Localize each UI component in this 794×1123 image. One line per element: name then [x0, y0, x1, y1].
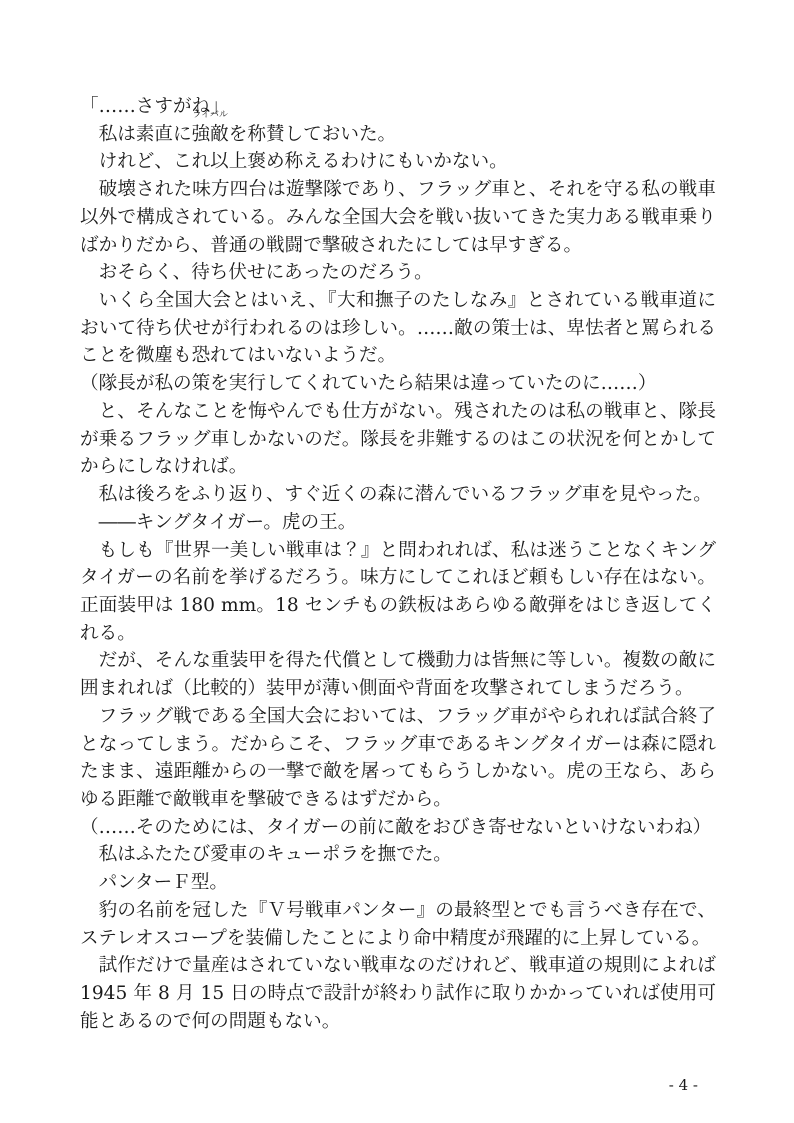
paragraph: パンターＦ型。	[80, 869, 716, 897]
paragraph: 私は後ろをふり返り、すぐ近くの森に潜んでいるフラッグ車を見やった。	[80, 481, 716, 509]
paragraph: いくら全国大会とはいえ、『大和撫子のたしなみ』とされている戦車道において待ち伏せ…	[80, 287, 716, 370]
page-number: - 4 -	[669, 1076, 698, 1094]
ruby-before-text: 私は素直に	[99, 124, 192, 145]
paragraph: だが、そんな重装甲を得た代償として機動力は皆無に等しい。複数の敵に囲まれれば（比…	[80, 647, 716, 702]
paragraph: もしも『世界一美しい戦車は？』と問われれば、私は迷うことなくキングタイガーの名前…	[80, 537, 716, 648]
ruby-after-text: を称賛しておいた。	[229, 124, 396, 145]
paragraph: けれど、これ以上褒め称えるわけにもいかない。	[80, 148, 716, 176]
paragraph: （……そのためには、タイガーの前に敵をおびき寄せないといけないわね）	[80, 814, 716, 842]
paragraph: と、そんなことを悔やんでも仕方がない。残されたのは私の戦車と、隊長が乗るフラッグ…	[80, 398, 716, 481]
furigana-text: ライバル	[192, 111, 228, 120]
paragraph: 破壊された味方四台は遊撃隊であり、フラッグ車と、それを守る私の戦車以外で構成され…	[80, 176, 716, 259]
paragraph: （隊長が私の策を実行してくれていたら結果は違っていたのに……）	[80, 370, 716, 398]
paragraph: ――キングタイガー。虎の王。	[80, 509, 716, 537]
paragraph: 「……さすがね」	[80, 93, 716, 121]
paragraph: おそらく、待ち伏せにあったのだろう。	[80, 259, 716, 287]
ruby-annotation: ライバル強敵	[192, 121, 229, 149]
ruby-base-text: 強敵	[192, 124, 229, 145]
paragraph: 私は素直にライバル強敵を称賛しておいた。	[80, 121, 716, 149]
paragraph: 試作だけで量産はされていない戦車なのだけれど、戦車道の規則によれば 1945 年…	[80, 952, 716, 1035]
page-body: 「……さすがね」私は素直にライバル強敵を称賛しておいた。けれど、これ以上褒め称え…	[80, 93, 716, 1035]
paragraph: 私はふたたび愛車のキューポラを撫でた。	[80, 841, 716, 869]
paragraph: 豹の名前を冠した『Ｖ号戦車パンター』の最終型とでも言うべき存在で、ステレオスコー…	[80, 897, 716, 952]
document-page: 「……さすがね」私は素直にライバル強敵を称賛しておいた。けれど、これ以上褒め称え…	[0, 0, 794, 1123]
paragraph: フラッグ戦である全国大会においては、フラッグ車がやられれば試合終了となってしまう…	[80, 703, 716, 814]
